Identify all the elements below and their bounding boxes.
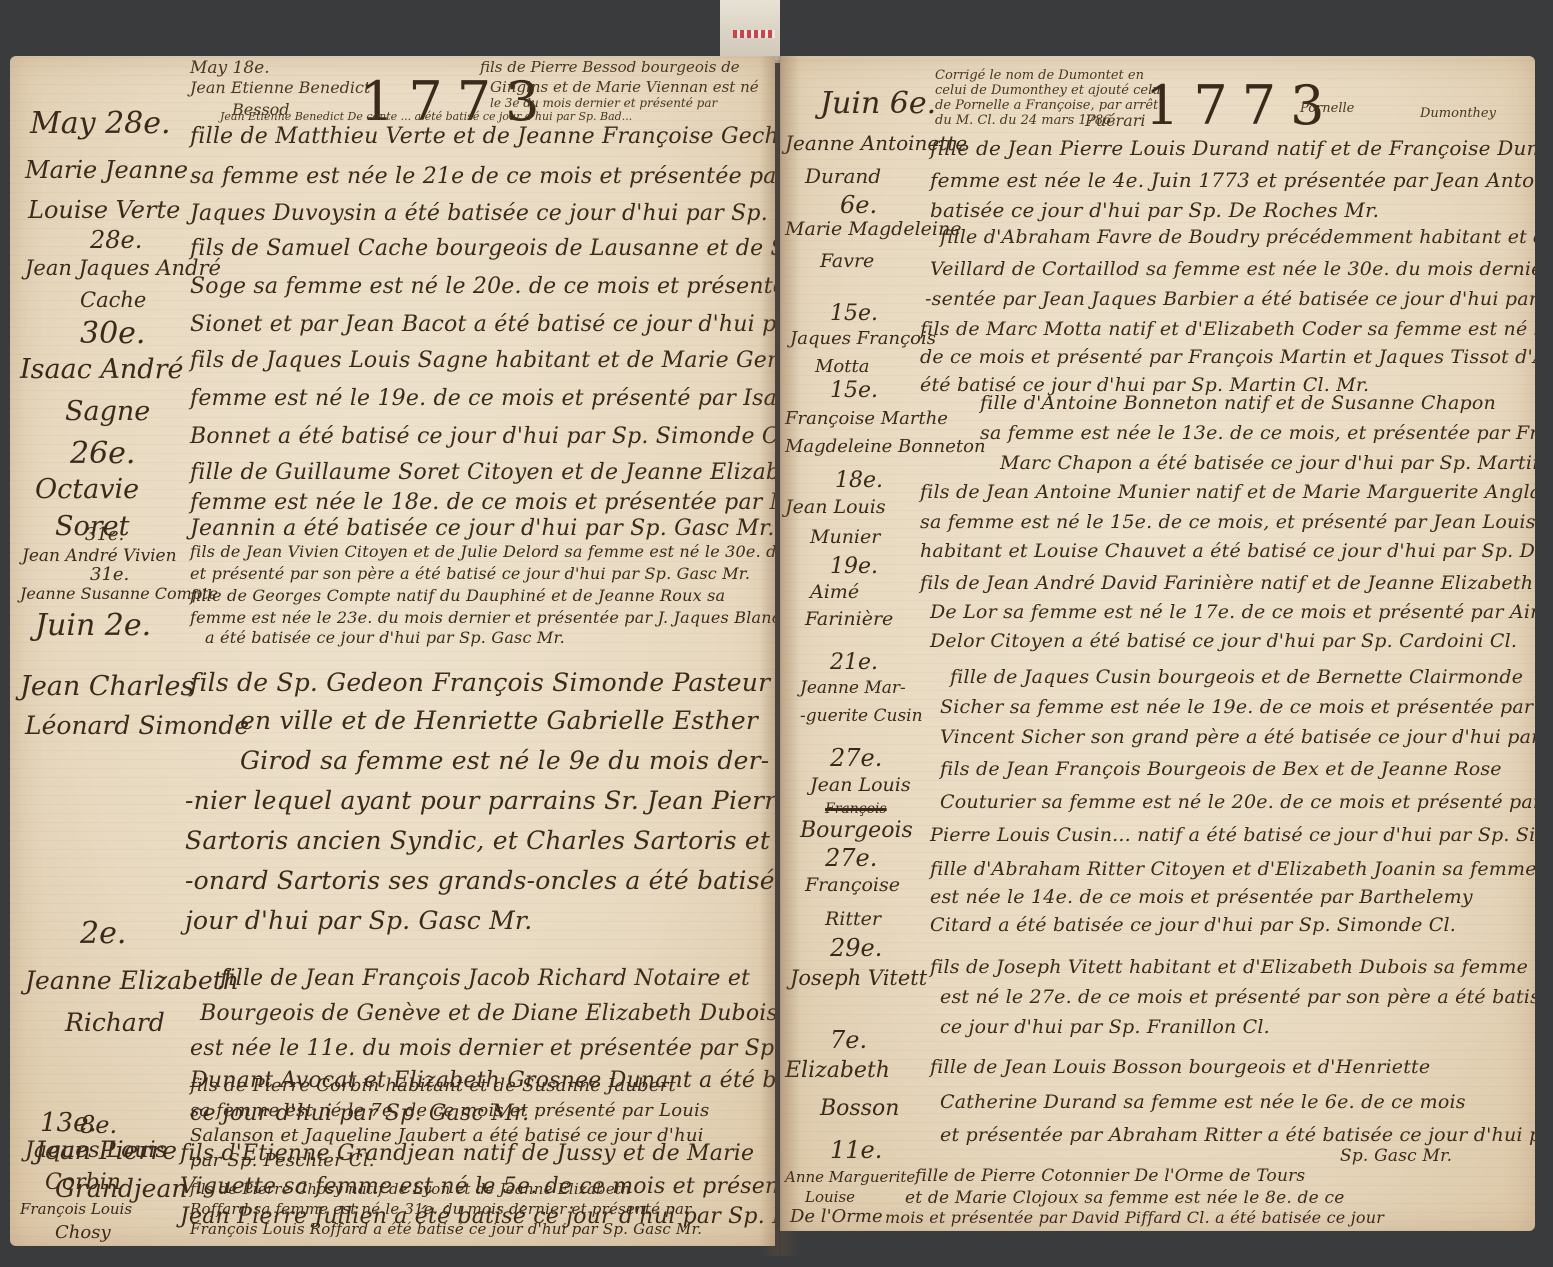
entry-date: Juin 6e. (820, 86, 936, 121)
entry-name: Jean André Vivien (22, 546, 177, 566)
entry-text: Soge sa femme est né le 20e. de ce mois … (190, 274, 775, 299)
entry-name: Motta (815, 356, 869, 377)
entry-name: Isaac André (20, 354, 183, 385)
entry-text: Couturier sa femme est né le 20e. de ce … (940, 791, 1535, 813)
entry-text: par Sp. Peschier Cl. (190, 1150, 375, 1171)
entry-name: Jaques Louis (25, 1138, 167, 1163)
entry-text: Bourgeois de Genève et de Diane Elizabet… (200, 1001, 775, 1026)
entry-name: Marie Jeanne (25, 156, 188, 184)
entry-text: fille d'Antoine Bonneton natif et de Sus… (980, 392, 1496, 414)
entry-text: fille de Guillaume Soret Citoyen et de J… (190, 460, 775, 485)
entry-name: Octavie (35, 474, 139, 505)
entry-name: Corbin (45, 1170, 121, 1195)
entry-text: est née le 14e. de ce mois et présentée … (930, 886, 1473, 908)
entry-text: habitant et Louise Chauvet a été batisé … (920, 540, 1535, 562)
entry-text: -nier lequel ayant pour parrains Sr. Jea… (185, 786, 775, 815)
entry-text: Jeannin a été batisée ce jour d'hui par … (190, 516, 775, 541)
entry-text: fils de Jaques Louis Sagne habitant et d… (190, 348, 775, 373)
entry-name: Chosy (55, 1222, 111, 1243)
inserted-entry-line4: Jean Etienne Benedict De conte ... a été… (220, 110, 632, 123)
entry-date: 29e. (830, 934, 882, 962)
entry-name: Anne Marguerite (785, 1168, 915, 1186)
entry-text: Salanson et Jaqueline Jaubert a été bati… (190, 1125, 704, 1146)
entry-name: François Louis (20, 1200, 132, 1218)
entry-date: 31e. (85, 524, 124, 545)
entry-text: sa femme est née le 21e de ce mois et pr… (190, 164, 775, 189)
entry-text: batisée ce jour d'hui par Sp. De Roches … (930, 198, 1379, 222)
entry-name: Jean Louis (785, 496, 886, 518)
entry-date: 13e. (40, 1108, 97, 1138)
entry-date: 21e. (830, 650, 878, 675)
entry-date: 26e. (70, 436, 135, 471)
entry-date: 31e. (90, 564, 129, 585)
entry-text: fils de Samuel Cache bourgeois de Lausan… (190, 236, 775, 261)
entry-text: Marc Chapon a été batisée ce jour d'hui … (1000, 452, 1535, 474)
correction-note-line: Corrigé le nom de Dumontet en (935, 68, 1144, 83)
entry-name: Louise (805, 1188, 855, 1206)
binding-stitch (733, 30, 775, 38)
header-note-name: Jean Etienne Benedict (190, 78, 370, 97)
entry-text: Girod sa femme est né le 9e du mois der- (240, 746, 769, 775)
interlinear-dumonthey: Dumonthey (1420, 106, 1496, 121)
entry-date: 27e. (830, 744, 882, 772)
entry-name: -guerite Cusin (800, 706, 923, 726)
entry-text: femme est née le 18e. de ce mois et prés… (190, 490, 775, 515)
entry-text: et présentée par Abraham Ritter a été ba… (940, 1124, 1535, 1146)
entry-text: Roffard sa femme est né le 31e. du mois … (190, 1200, 691, 1218)
entry-name: Ritter (825, 908, 881, 930)
right-page: Corrigé le nom de Dumontet en celui de D… (780, 56, 1535, 1231)
entry-date: 30e. (80, 316, 145, 351)
entry-text: a été batisée ce jour d'hui par Sp. Gasc… (205, 628, 565, 647)
entry-date: 2e. (80, 916, 126, 951)
entry-text: fille de Jaques Cusin bourgeois et de Be… (950, 666, 1523, 688)
entry-text: Bonnet a été batisé ce jour d'hui par Sp… (190, 424, 775, 449)
entry-text: fille de Jean François Jacob Richard Not… (220, 966, 750, 991)
entry-text: fille de Georges Compte natif du Dauphin… (190, 586, 725, 605)
entry-text: femme est née le 23e. du mois dernier et… (190, 608, 775, 627)
entry-name: Jaques François (790, 328, 936, 349)
entry-text: -onard Sartoris ses grands-oncles a été … (185, 866, 775, 895)
entry-name: Richard (65, 1008, 165, 1037)
entry-text: Vincent Sicher son grand père a été bati… (940, 726, 1535, 748)
entry-text: de ce mois et présenté par François Mart… (920, 346, 1535, 368)
entry-date: 27e. (825, 844, 877, 872)
entry-text: fille de Pierre Cotonnier De l'Orme de T… (915, 1166, 1305, 1186)
entry-name: Cache (80, 288, 146, 312)
entry-text: sa femme est né le 15e. de ce mois, et p… (920, 511, 1535, 533)
entry-text: et de Marie Clojoux sa femme est née le … (905, 1188, 1344, 1208)
entry-text: femme est né le 19e. de ce mois et prése… (190, 386, 775, 411)
entry-text: fille d'Abraham Ritter Citoyen et d'Eliz… (930, 858, 1535, 880)
entry-text: en ville et de Henriette Gabrielle Esthe… (240, 706, 758, 735)
entry-date: 11e. (830, 1136, 882, 1164)
entry-name: Jeanne Mar- (800, 678, 906, 698)
entry-text: est né le 27e. de ce mois et présenté pa… (940, 986, 1535, 1008)
entry-name: Françoise (805, 874, 900, 896)
inserted-entry-line3: le 3e du mois dernier et présenté par (490, 96, 717, 110)
entry-name: Joseph Vitett (790, 966, 927, 990)
entry-name: Durand (805, 164, 881, 188)
entry-text: sa femme est née le 13e. de ce mois, et … (980, 422, 1535, 444)
entry-name: Jeanne Susanne Compte (20, 584, 218, 603)
entry-name: Bourgeois (800, 818, 913, 843)
entry-name: Louise Verte (28, 196, 180, 224)
entry-date: 7e. (830, 1026, 867, 1054)
entry-name: Munier (810, 526, 880, 548)
inserted-entry-line1: fils de Pierre Bessod bourgeois de (480, 58, 740, 76)
entry-text: mois et présentée par David Piffard Cl. … (885, 1208, 1384, 1227)
entry-date: 19e. (830, 554, 878, 579)
entry-text: fils de Marc Motta natif et d'Elizabeth … (920, 318, 1535, 340)
entry-name: Françoise Marthe (785, 408, 948, 429)
left-page: May 18e. Jean Etienne Benedict Bessod 17… (10, 56, 775, 1246)
entry-text: fils de Pierre Chosy natif de Lyon et de… (190, 1180, 631, 1198)
entry-text: fille de Matthieu Verte et de Jeanne Fra… (190, 124, 775, 149)
entry-text: fils de Jean André David Farinière natif… (920, 572, 1533, 594)
entry-text: Delor Citoyen a été batisé ce jour d'hui… (930, 630, 1517, 652)
entry-text: Sionet et par Jean Bacot a été batisé ce… (190, 312, 775, 337)
entry-text: fille d'Abraham Favre de Boudry précédem… (940, 226, 1535, 248)
entry-name: Favre (820, 250, 874, 272)
entry-text: Catherine Durand sa femme est née le 6e.… (940, 1091, 1466, 1113)
entry-text: est née le 11e. du mois dernier et prése… (190, 1036, 775, 1061)
entry-name: De l'Orme (790, 1206, 883, 1227)
entry-name: Léonard Simonde (25, 711, 249, 740)
entry-date: 28e. (90, 226, 142, 254)
entry-date: May 28e. (30, 106, 171, 141)
entry-text: fils de Jean Antoine Munier natif et de … (920, 481, 1535, 503)
entry-date: 15e. (830, 301, 878, 326)
entry-text: sa femme est né le 7e. de ce mois et pré… (190, 1100, 709, 1121)
entry-text: fils de Sp. Gedeon François Simonde Past… (190, 668, 770, 697)
entry-name: Marie Magdeleine (785, 218, 961, 240)
entry-text: ce jour d'hui par Sp. Franillon Cl. (940, 1016, 1270, 1038)
entry-date: Juin 2e. (35, 608, 151, 643)
inserted-entry-line2: Gingins et de Marie Viennan est né (490, 78, 759, 96)
entry-date: 18e. (835, 468, 883, 493)
entry-name: Jean Louis (810, 774, 911, 796)
entry-text: jour d'hui par Sp. Gasc Mr. (185, 906, 532, 935)
entry-text: Pierre Louis Cusin... natif a été batisé… (930, 824, 1535, 846)
entry-name: Sagne (65, 396, 150, 427)
entry-text: fils de Jean Vivien Citoyen et de Julie … (190, 542, 775, 561)
entry-name: Jeanne Elizabeth (25, 966, 239, 995)
entry-text: fille de Jean Louis Bosson bourgeois et … (930, 1056, 1430, 1078)
entry-date: 15e. (830, 378, 878, 403)
correction-note-line: celui de Dumonthey et ajouté celui (935, 83, 1165, 98)
entry-name: Bosson (820, 1096, 899, 1121)
entry-text: fille de Jean Pierre Louis Durand natif … (930, 136, 1535, 160)
entry-text: fils de Jean François Bourgeois de Bex e… (940, 758, 1502, 780)
entry-date: 6e. (840, 191, 877, 219)
entry-name: Farinière (805, 608, 893, 630)
entry-text: fils de Pierre Corbin habitant et de Sus… (190, 1075, 676, 1096)
entry-name: Aimé (810, 581, 859, 603)
entry-text: femme est née le 4e. Juin 1773 et présen… (930, 168, 1535, 192)
entry-name: Elizabeth (785, 1058, 890, 1083)
entry-text: Sp. Gasc Mr. (1340, 1146, 1452, 1166)
entry-text: -sentée par Jean Jaques Barbier a été ba… (925, 288, 1535, 310)
entry-text: Veillard de Cortaillod sa femme est née … (930, 258, 1535, 280)
entry-text: François Louis Roffard a été batisé ce j… (190, 1220, 702, 1238)
struck-name: François (825, 801, 887, 817)
entry-name: Jean Charles (20, 671, 194, 702)
entry-text: Citard a été batisée ce jour d'hui par S… (930, 914, 1456, 936)
entry-text: Sicher sa femme est née le 19e. de ce mo… (940, 696, 1535, 718)
entry-text: Sartoris ancien Syndic, et Charles Sarto… (185, 826, 775, 855)
entry-text: Jaques Duvoysin a été batisée ce jour d'… (190, 201, 775, 226)
entry-text: et présenté par son père a été batisé ce… (190, 564, 750, 583)
entry-name: Magdeleine Bonneton (785, 436, 986, 457)
entry-text: fils de Joseph Vitett habitant et d'Eliz… (930, 956, 1528, 978)
interlinear-pornelle: Pornelle (1300, 101, 1354, 116)
entry-text: De Lor sa femme est né le 17e. de ce moi… (930, 601, 1535, 623)
header-note-date: May 18e. (190, 58, 270, 78)
correction-signature: Puérari (1085, 111, 1146, 130)
